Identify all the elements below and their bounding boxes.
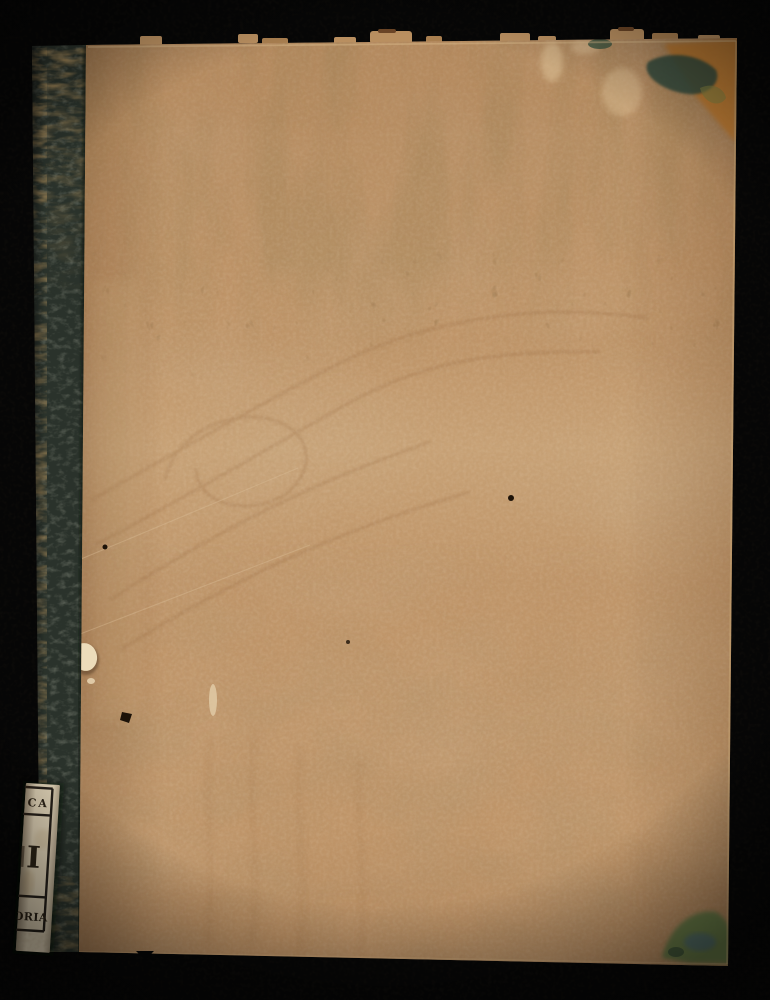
photo-vignette (0, 0, 770, 1000)
photo-canvas: CA I ORIA (0, 0, 770, 1000)
book-photograph: CA I ORIA (0, 0, 770, 1000)
